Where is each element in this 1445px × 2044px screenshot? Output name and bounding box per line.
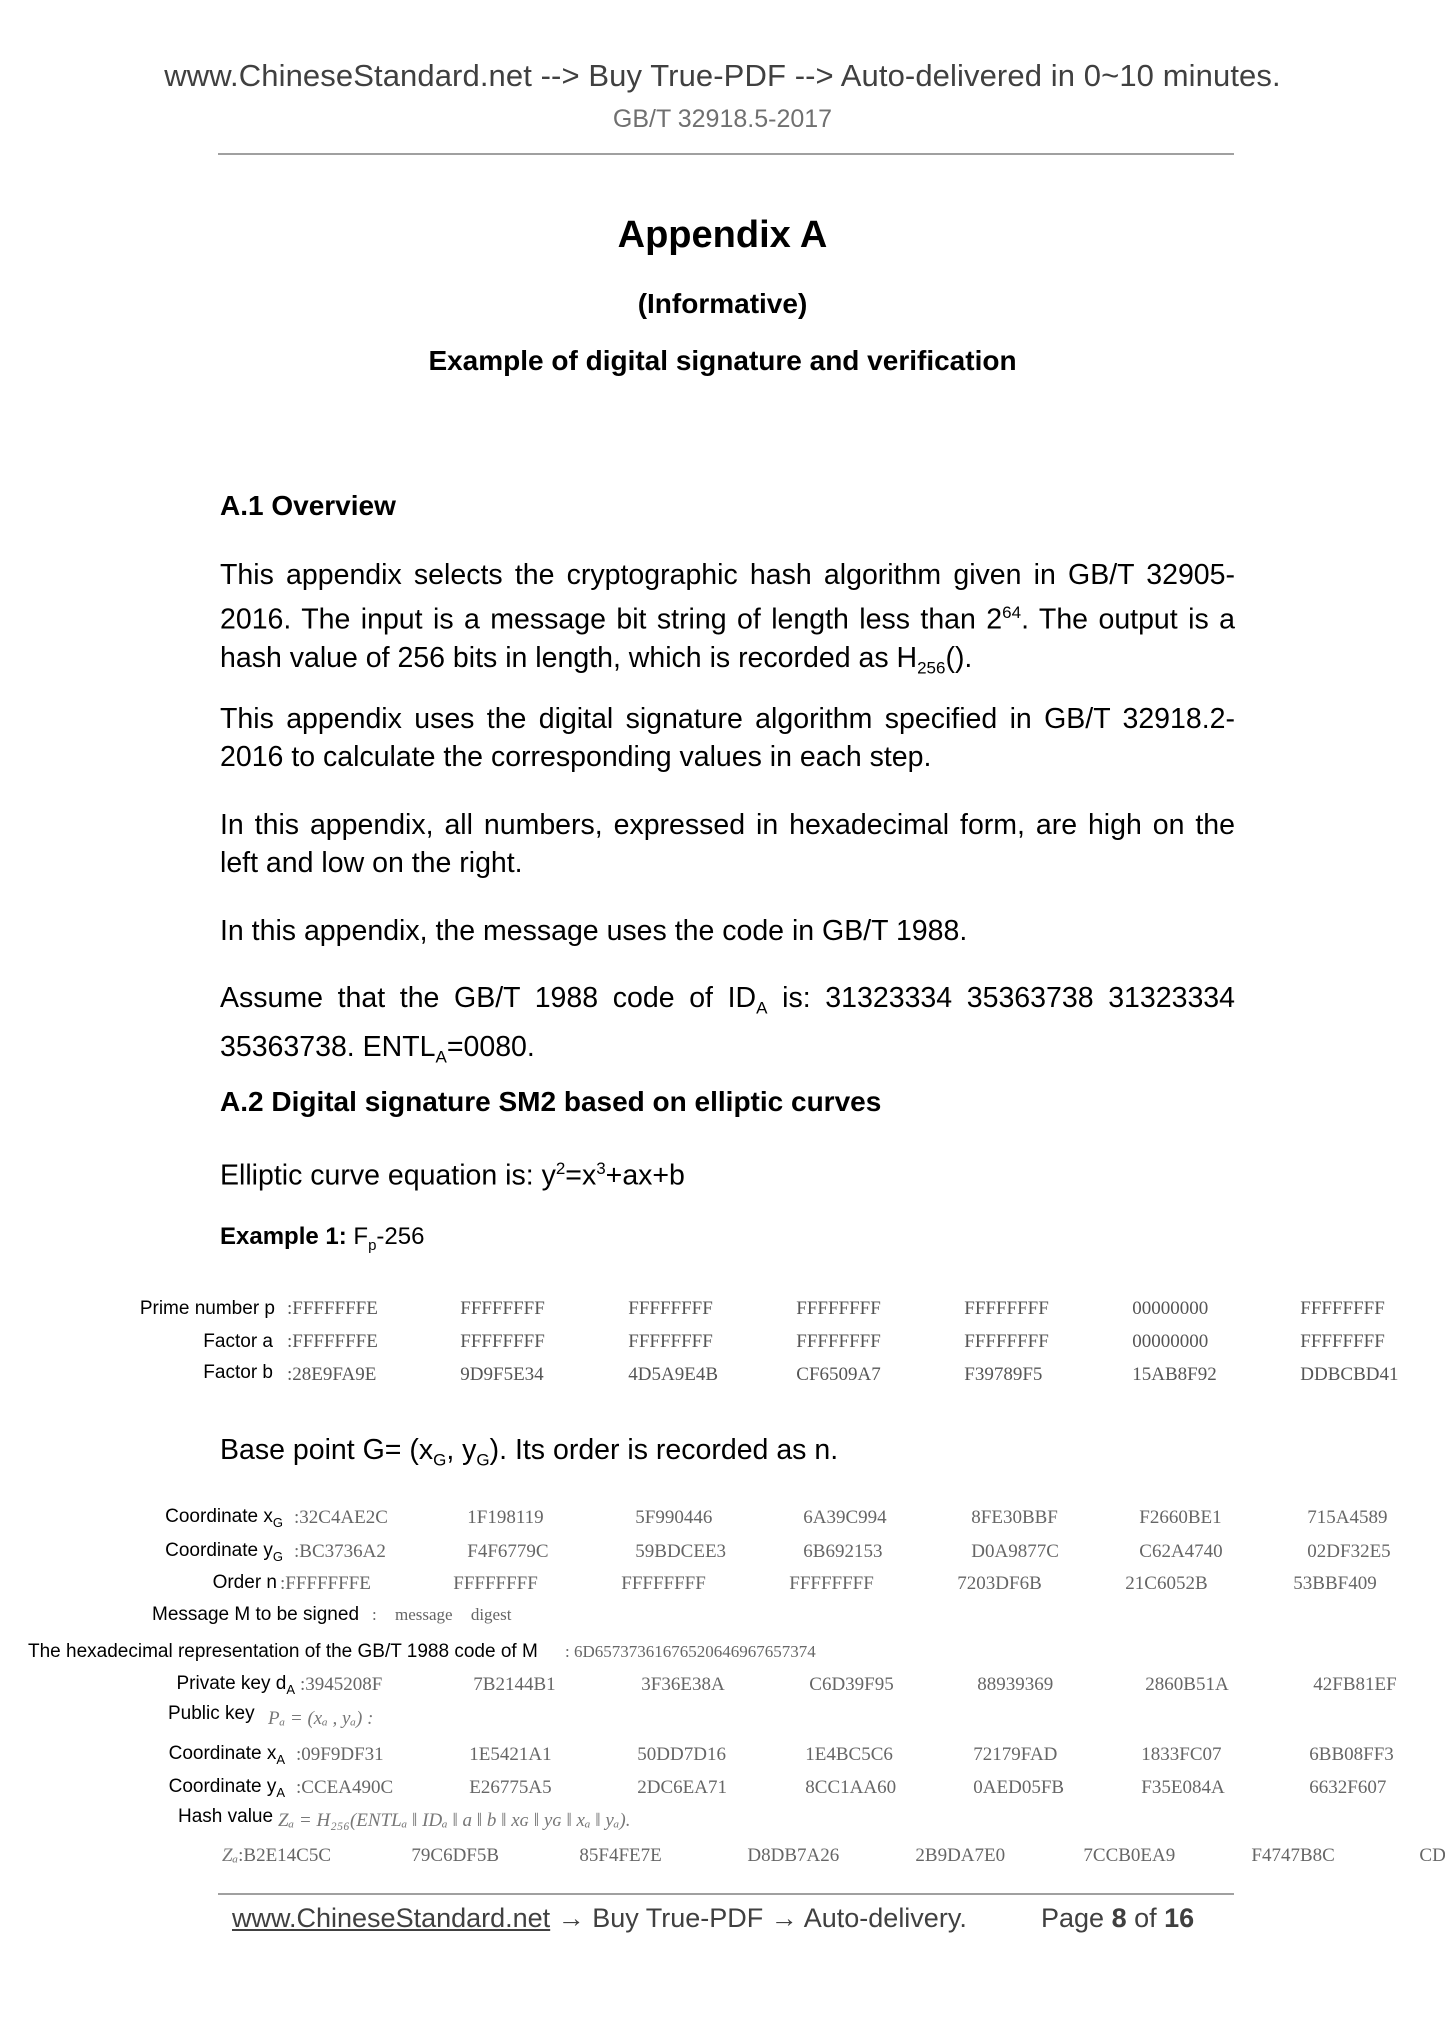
subscript: A — [756, 999, 767, 1018]
hex-word: 15AB8F92 — [1132, 1364, 1300, 1386]
values-coordinate-yg: :BC3736A2F4F6779C59BDCEE36B692153D0A9877… — [294, 1541, 1445, 1563]
hex-word: CF6509A7 — [796, 1364, 964, 1386]
hex-word: 1833FC07 — [1141, 1744, 1309, 1766]
hex-word: FFFFFFFE — [285, 1573, 453, 1595]
hex-word: 9D9F5E34 — [460, 1364, 628, 1386]
hex-word: FFFFFFFF — [789, 1573, 957, 1595]
text: 6D65737361676520646967657374 — [574, 1642, 816, 1661]
hex-word: 0AED05FB — [973, 1777, 1141, 1799]
values-coordinate-xa: :09F9DF311E5421A150DD7D161E4BC5C672179FA… — [296, 1744, 1445, 1766]
hex-word: 85F4FE7E — [579, 1845, 747, 1867]
hex-word: CCEA490C — [301, 1777, 469, 1799]
appendix-subtitle: Example of digital signature and verific… — [0, 345, 1445, 377]
superscript: 64 — [1002, 603, 1021, 622]
hex-word: FFFFFFFF — [1300, 1298, 1445, 1320]
hex-word: 4D5A9E4B — [628, 1364, 796, 1386]
hex-word: FFFFFFFF — [628, 1331, 796, 1353]
za-label: Zₐ — [222, 1845, 238, 1866]
subscript: A — [276, 1785, 285, 1800]
text: =0080. — [447, 1031, 535, 1063]
values-za: Zₐ:B2E14C5C79C6DF5B85F4FE7ED8DB7A262B9DA… — [222, 1845, 1445, 1867]
value-hex-message: : 6D65737361676520646967657374 — [565, 1642, 816, 1662]
hex-word: CDA8A4F3 — [1419, 1845, 1445, 1867]
hex-word: FFFFFFFF — [460, 1298, 628, 1320]
label-coordinate-ya: Coordinate yA — [169, 1776, 285, 1800]
text: F — [353, 1223, 368, 1250]
hex-word: E26775A5 — [469, 1777, 637, 1799]
hex-word: FFFFFFFF — [796, 1331, 964, 1353]
subscript: A — [276, 1752, 285, 1767]
hex-word: FFFFFFFE — [292, 1331, 460, 1353]
hex-word: C62A4740 — [1139, 1541, 1307, 1563]
hex-word: 6B692153 — [803, 1541, 971, 1563]
hex-word: F39789F5 — [964, 1364, 1132, 1386]
hex-word: DDBCBD41 — [1300, 1364, 1445, 1386]
label-coordinate-xa: Coordinate xA — [169, 1743, 285, 1767]
hex-word: FFFFFFFF — [796, 1298, 964, 1320]
subscript: A — [286, 1682, 295, 1697]
hex-word: 42FB81EF — [1313, 1674, 1445, 1696]
text: of — [1127, 1903, 1165, 1933]
text: Coordinate x — [165, 1506, 273, 1527]
text: +ax+b — [606, 1160, 685, 1192]
hex-word: 6A39C994 — [803, 1507, 971, 1529]
label-coordinate-xg: Coordinate xG — [165, 1506, 283, 1530]
base-point-text: Base point G= (xG, yG). Its order is rec… — [220, 1431, 1235, 1480]
label-order-n: Order n — [213, 1572, 277, 1594]
label-public-key: Public key — [168, 1703, 255, 1725]
hex-word: 6BB08FF3 — [1309, 1744, 1445, 1766]
appendix-title: Appendix A — [0, 214, 1445, 257]
hex-word: 02DF32E5 — [1307, 1541, 1445, 1563]
values-coordinate-xg: :32C4AE2C1F1981195F9904466A39C9948FE30BB… — [294, 1507, 1445, 1529]
values-factor-b: :28E9FA9E9D9F5E344D5A9E4BCF6509A7F39789F… — [287, 1364, 1445, 1386]
hex-word: C6D39F95 — [809, 1674, 977, 1696]
hex-word: 1E5421A1 — [469, 1744, 637, 1766]
footer-divider — [218, 1893, 1234, 1895]
header-divider — [218, 153, 1234, 155]
text: Private key d — [177, 1673, 287, 1694]
hex-word: 2DC6EA71 — [637, 1777, 805, 1799]
text: Coordinate y — [165, 1540, 273, 1561]
text: =x — [565, 1160, 596, 1192]
footer-text: → Buy True-PDF → Auto-delivery. — [550, 1903, 967, 1933]
hex-word: 715A4589 — [1307, 1507, 1445, 1529]
hex-word: 09F9DF31 — [301, 1744, 469, 1766]
label-factor-a: Factor a — [203, 1331, 273, 1353]
label-prime-p: Prime number p — [140, 1298, 275, 1320]
label-coordinate-yg: Coordinate yG — [165, 1540, 283, 1564]
hex-word: 00000000 — [1132, 1331, 1300, 1353]
footer-link[interactable]: www.ChineseStandard.net — [232, 1903, 550, 1933]
document-code: GB/T 32918.5-2017 — [0, 105, 1445, 134]
hex-word: D8DB7A26 — [747, 1845, 915, 1867]
hex-word: D0A9877C — [971, 1541, 1139, 1563]
text: ). Its order is recorded as n. — [490, 1434, 838, 1466]
hex-word: 1E4BC5C6 — [805, 1744, 973, 1766]
text: Assume that the GB/T 1988 code of ID — [220, 982, 756, 1014]
hex-word: 79C6DF5B — [411, 1845, 579, 1867]
hex-word: F4747B8C — [1251, 1845, 1419, 1867]
values-order-n: :FFFFFFFEFFFFFFFFFFFFFFFFFFFFFFFF7203DF6… — [280, 1573, 1445, 1595]
value-message: : message digest — [372, 1605, 511, 1625]
page-current: 8 — [1112, 1903, 1127, 1933]
example-heading: Example 1: Fp-256 — [220, 1223, 424, 1254]
hex-word: 88939369 — [977, 1674, 1145, 1696]
hex-word: 53BBF409 — [1293, 1573, 1445, 1595]
hex-word: F2660BE1 — [1139, 1507, 1307, 1529]
text: Page — [1041, 1903, 1112, 1933]
hex-word: 8FE30BBF — [971, 1507, 1139, 1529]
subscript: G — [433, 1451, 446, 1470]
text: -256 — [376, 1223, 424, 1250]
text: Base point G= (x — [220, 1434, 433, 1466]
hex-word: 50DD7D16 — [637, 1744, 805, 1766]
hex-word: 7CCB0EA9 — [1083, 1845, 1251, 1867]
hex-word: FFFFFFFF — [964, 1331, 1132, 1353]
values-factor-a: :FFFFFFFEFFFFFFFFFFFFFFFFFFFFFFFFFFFFFFF… — [287, 1331, 1445, 1353]
hex-word: 72179FAD — [973, 1744, 1141, 1766]
subscript: G — [273, 1549, 283, 1564]
label-hex-message: The hexadecimal representation of the GB… — [28, 1641, 538, 1663]
paragraph-hash-algorithm: This appendix selects the cryptographic … — [220, 556, 1235, 687]
section-heading-a2: A.2 Digital signature SM2 based on ellip… — [220, 1086, 881, 1118]
header-banner: www.ChineseStandard.net --> Buy True-PDF… — [0, 58, 1445, 94]
hex-word: 7203DF6B — [957, 1573, 1125, 1595]
hex-word: 7B2144B1 — [473, 1674, 641, 1696]
hex-word: FFFFFFFF — [964, 1298, 1132, 1320]
values-coordinate-ya: :CCEA490CE26775A52DC6EA718CC1AA600AED05F… — [296, 1777, 1445, 1799]
paragraph-hex-form: In this appendix, all numbers, expressed… — [220, 806, 1235, 882]
hex-word: 21C6052B — [1125, 1573, 1293, 1595]
curve-equation: Elliptic curve equation is: y2=x3+ax+b — [220, 1150, 1235, 1195]
label-message: Message M to be signed — [152, 1604, 359, 1626]
superscript: 2 — [556, 1159, 565, 1178]
text: , y — [446, 1434, 476, 1466]
hex-word: 32C4AE2C — [299, 1507, 467, 1529]
hex-word: 6632F607 — [1309, 1777, 1445, 1799]
hex-word: F4F6779C — [467, 1541, 635, 1563]
values-prime-p: :FFFFFFFEFFFFFFFFFFFFFFFFFFFFFFFFFFFFFFF… — [287, 1298, 1445, 1320]
hex-word: 2B9DA7E0 — [915, 1845, 1083, 1867]
hex-word: B2E14C5C — [243, 1845, 411, 1867]
hash-formula: Zₐ = H₂₅₆(ENTLₐ ‖ IDₐ ‖ a ‖ b ‖ xɢ ‖ yɢ … — [278, 1810, 630, 1832]
label-private-key: Private key dA — [177, 1673, 296, 1697]
hex-word: 3F36E38A — [641, 1674, 809, 1696]
paragraph-ida-code: Assume that the GB/T 1988 code of IDA is… — [220, 979, 1235, 1076]
section-heading-a1: A.1 Overview — [220, 490, 396, 522]
subscript: 256 — [917, 658, 945, 677]
paragraph-signature-algorithm: This appendix uses the digital signature… — [220, 700, 1235, 776]
appendix-type: (Informative) — [0, 288, 1445, 320]
hex-word: FFFFFFFF — [453, 1573, 621, 1595]
label-hash-value: Hash value — [178, 1806, 273, 1828]
hex-word: BC3736A2 — [299, 1541, 467, 1563]
text: Coordinate x — [169, 1743, 277, 1764]
hex-word: 8CC1AA60 — [805, 1777, 973, 1799]
label-factor-b: Factor b — [203, 1362, 273, 1384]
text: Elliptic curve equation is: y — [220, 1160, 556, 1192]
hex-word: 59BDCEE3 — [635, 1541, 803, 1563]
hex-word: FFFFFFFF — [1300, 1331, 1445, 1353]
superscript: 3 — [596, 1159, 605, 1178]
hex-word: 5F990446 — [635, 1507, 803, 1529]
subscript: G — [273, 1515, 283, 1530]
footer-promo: www.ChineseStandard.net → Buy True-PDF →… — [232, 1903, 967, 1934]
hex-word: FFFFFFFF — [621, 1573, 789, 1595]
hex-word: FFFFFFFF — [460, 1331, 628, 1353]
hex-word: FFFFFFFE — [292, 1298, 460, 1320]
subscript: G — [476, 1451, 489, 1470]
paragraph-gb1988: In this appendix, the message uses the c… — [220, 912, 1235, 950]
hex-word: 2860B51A — [1145, 1674, 1313, 1696]
hex-word: 1F198119 — [467, 1507, 635, 1529]
hex-word: F35E084A — [1141, 1777, 1309, 1799]
hex-word: 28E9FA9E — [292, 1364, 460, 1386]
subscript: A — [436, 1047, 447, 1066]
page-indicator: Page 8 of 16 — [1041, 1903, 1194, 1934]
page-total: 16 — [1164, 1903, 1194, 1933]
values-private-key: :3945208F7B2144B13F36E38AC6D39F958893936… — [300, 1674, 1445, 1696]
example-label: Example 1: — [220, 1223, 347, 1250]
text: (). — [945, 642, 972, 674]
public-key-formula: Pₐ = (xₐ , yₐ) : — [268, 1708, 373, 1730]
text: message digest — [395, 1605, 511, 1624]
hex-word: 00000000 — [1132, 1298, 1300, 1320]
hex-word: 3945208F — [305, 1674, 473, 1696]
text: Coordinate y — [169, 1776, 277, 1797]
hex-word: FFFFFFFF — [628, 1298, 796, 1320]
